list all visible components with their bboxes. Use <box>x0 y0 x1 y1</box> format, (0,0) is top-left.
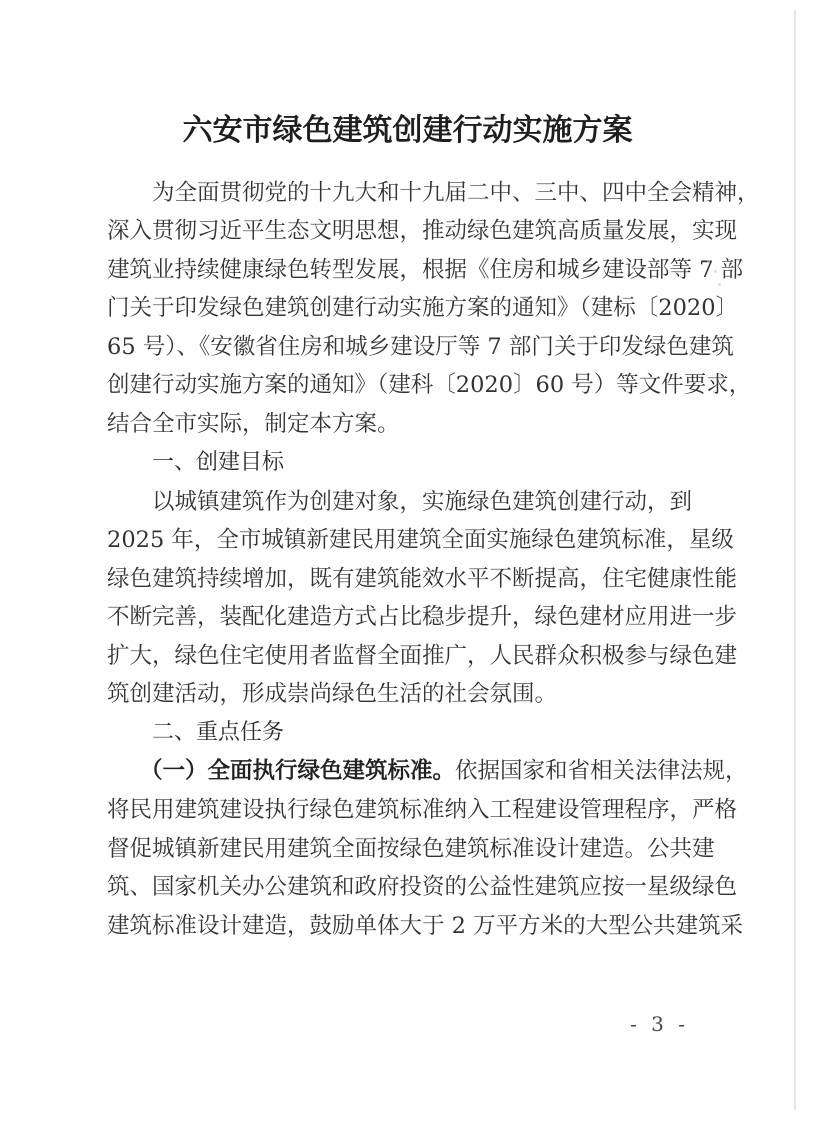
intro-line: 门关于印发绿色建筑创建行动实施方案的通知》（建标〔2020〕 <box>107 293 682 323</box>
section1-line: 扩大，绿色住宅使用者监督全面推广，人民群众积极参与绿色建 <box>107 641 682 671</box>
document-page: 六安市绿色建筑创建行动实施方案 为全面贯彻党的十九大和十九届二中、三中、四中全会… <box>0 0 815 1122</box>
section2-line: 督促城镇新建民用建筑全面按绿色建筑标准设计建造。公共建 <box>107 834 682 864</box>
intro-line: 建筑业持续健康绿色转型发展，根据《住房和城乡建设部等 7 部 <box>107 255 682 285</box>
item-heading: （一）全面执行绿色建筑标准。 <box>140 758 455 784</box>
stamp-speck <box>718 283 721 286</box>
section2-line: 建筑标准设计建造，鼓励单体大于 2 万平方米的大型公共建筑采 <box>107 911 682 941</box>
section1-line: 2025 年，全市城镇新建民用建筑全面实施绿色建筑标准，星级 <box>107 525 682 555</box>
stamp-speck <box>714 270 717 273</box>
intro-line: 为全面贯彻党的十九大和十九届二中、三中、四中全会精神， <box>152 178 682 208</box>
intro-line: 创建行动实施方案的通知》（建科〔2020〕60 号）等文件要求， <box>107 370 682 400</box>
section-heading-goals: 一、创建目标 <box>152 448 284 478</box>
intro-line: 65 号）、《安徽省住房和城乡建设厅等 7 部门关于印发绿色建筑 <box>107 332 682 362</box>
document-title: 六安市绿色建筑创建行动实施方案 <box>0 105 815 149</box>
section1-line: 筑创建活动，形成崇尚绿色生活的社会氛围。 <box>107 679 682 709</box>
intro-line: 结合全市实际，制定本方案。 <box>107 409 682 439</box>
scan-edge-line <box>794 10 796 1110</box>
section1-line: 绿色建筑持续增加，既有建筑能效水平不断提高，住宅健康性能 <box>107 564 682 594</box>
section2-item1-first-line: （一）全面执行绿色建筑标准。依据国家和省相关法律法规， <box>140 756 682 786</box>
section2-line: 将民用建筑建设执行绿色建筑标准纳入工程建设管理程序，严格 <box>107 795 682 825</box>
section1-line: 以城镇建筑作为创建对象，实施绿色建筑创建行动，到 <box>152 487 682 517</box>
page-number: - 3 - <box>630 1012 689 1036</box>
section2-line: 筑、国家机关办公建筑和政府投资的公益性建筑应按一星级绿色 <box>107 872 682 902</box>
item-text: 依据国家和省相关法律法规， <box>455 758 748 784</box>
stamp-speck <box>707 260 710 263</box>
section-heading-tasks: 二、重点任务 <box>152 718 284 748</box>
intro-line: 深入贯彻习近平生态文明思想，推动绿色建筑高质量发展，实现 <box>107 216 682 246</box>
section1-line: 不断完善，装配化建造方式占比稳步提升，绿色建材应用进一步 <box>107 602 682 632</box>
